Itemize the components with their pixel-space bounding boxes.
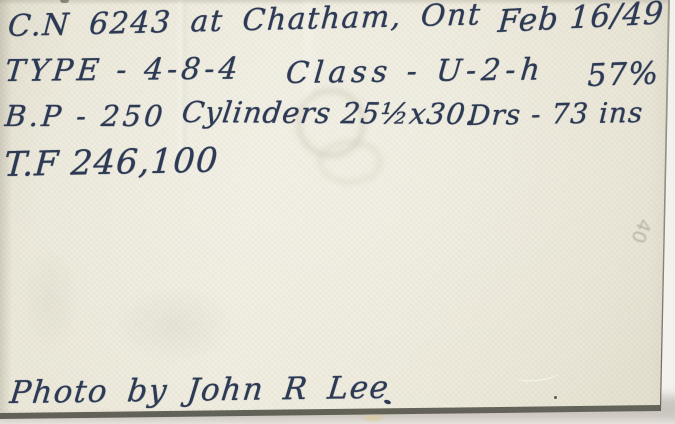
tractive-force-text: T.F 246,100 (3, 140, 220, 185)
ink-speck (554, 396, 557, 399)
boiler-pressure-text: B.P - 250 (4, 99, 168, 133)
stain-mark (364, 415, 382, 421)
engine-number-location-text: C.N 6243 at Chatham, Ont (7, 0, 483, 44)
photo-date-text: Feb 16/49 (497, 0, 666, 40)
photo-card-scan: 40 C.N 6243 at Chatham, Ont Feb 16/49 TY… (0, 0, 675, 424)
handwriting-layer: C.N 6243 at Chatham, Ont Feb 16/49 TYPE … (0, 0, 675, 424)
photographer-credit-text: Photo by John R Lee (8, 370, 391, 411)
percent-text: 57% (586, 56, 659, 94)
drivers-text: Drs - 73 ins (467, 96, 644, 132)
cylinders-text: Cylinders 25½x30. (180, 95, 478, 131)
locomotive-class-text: Class - U-2-h (284, 52, 546, 91)
wheel-arrangement-text: TYPE - 4-8-4 (3, 52, 243, 90)
